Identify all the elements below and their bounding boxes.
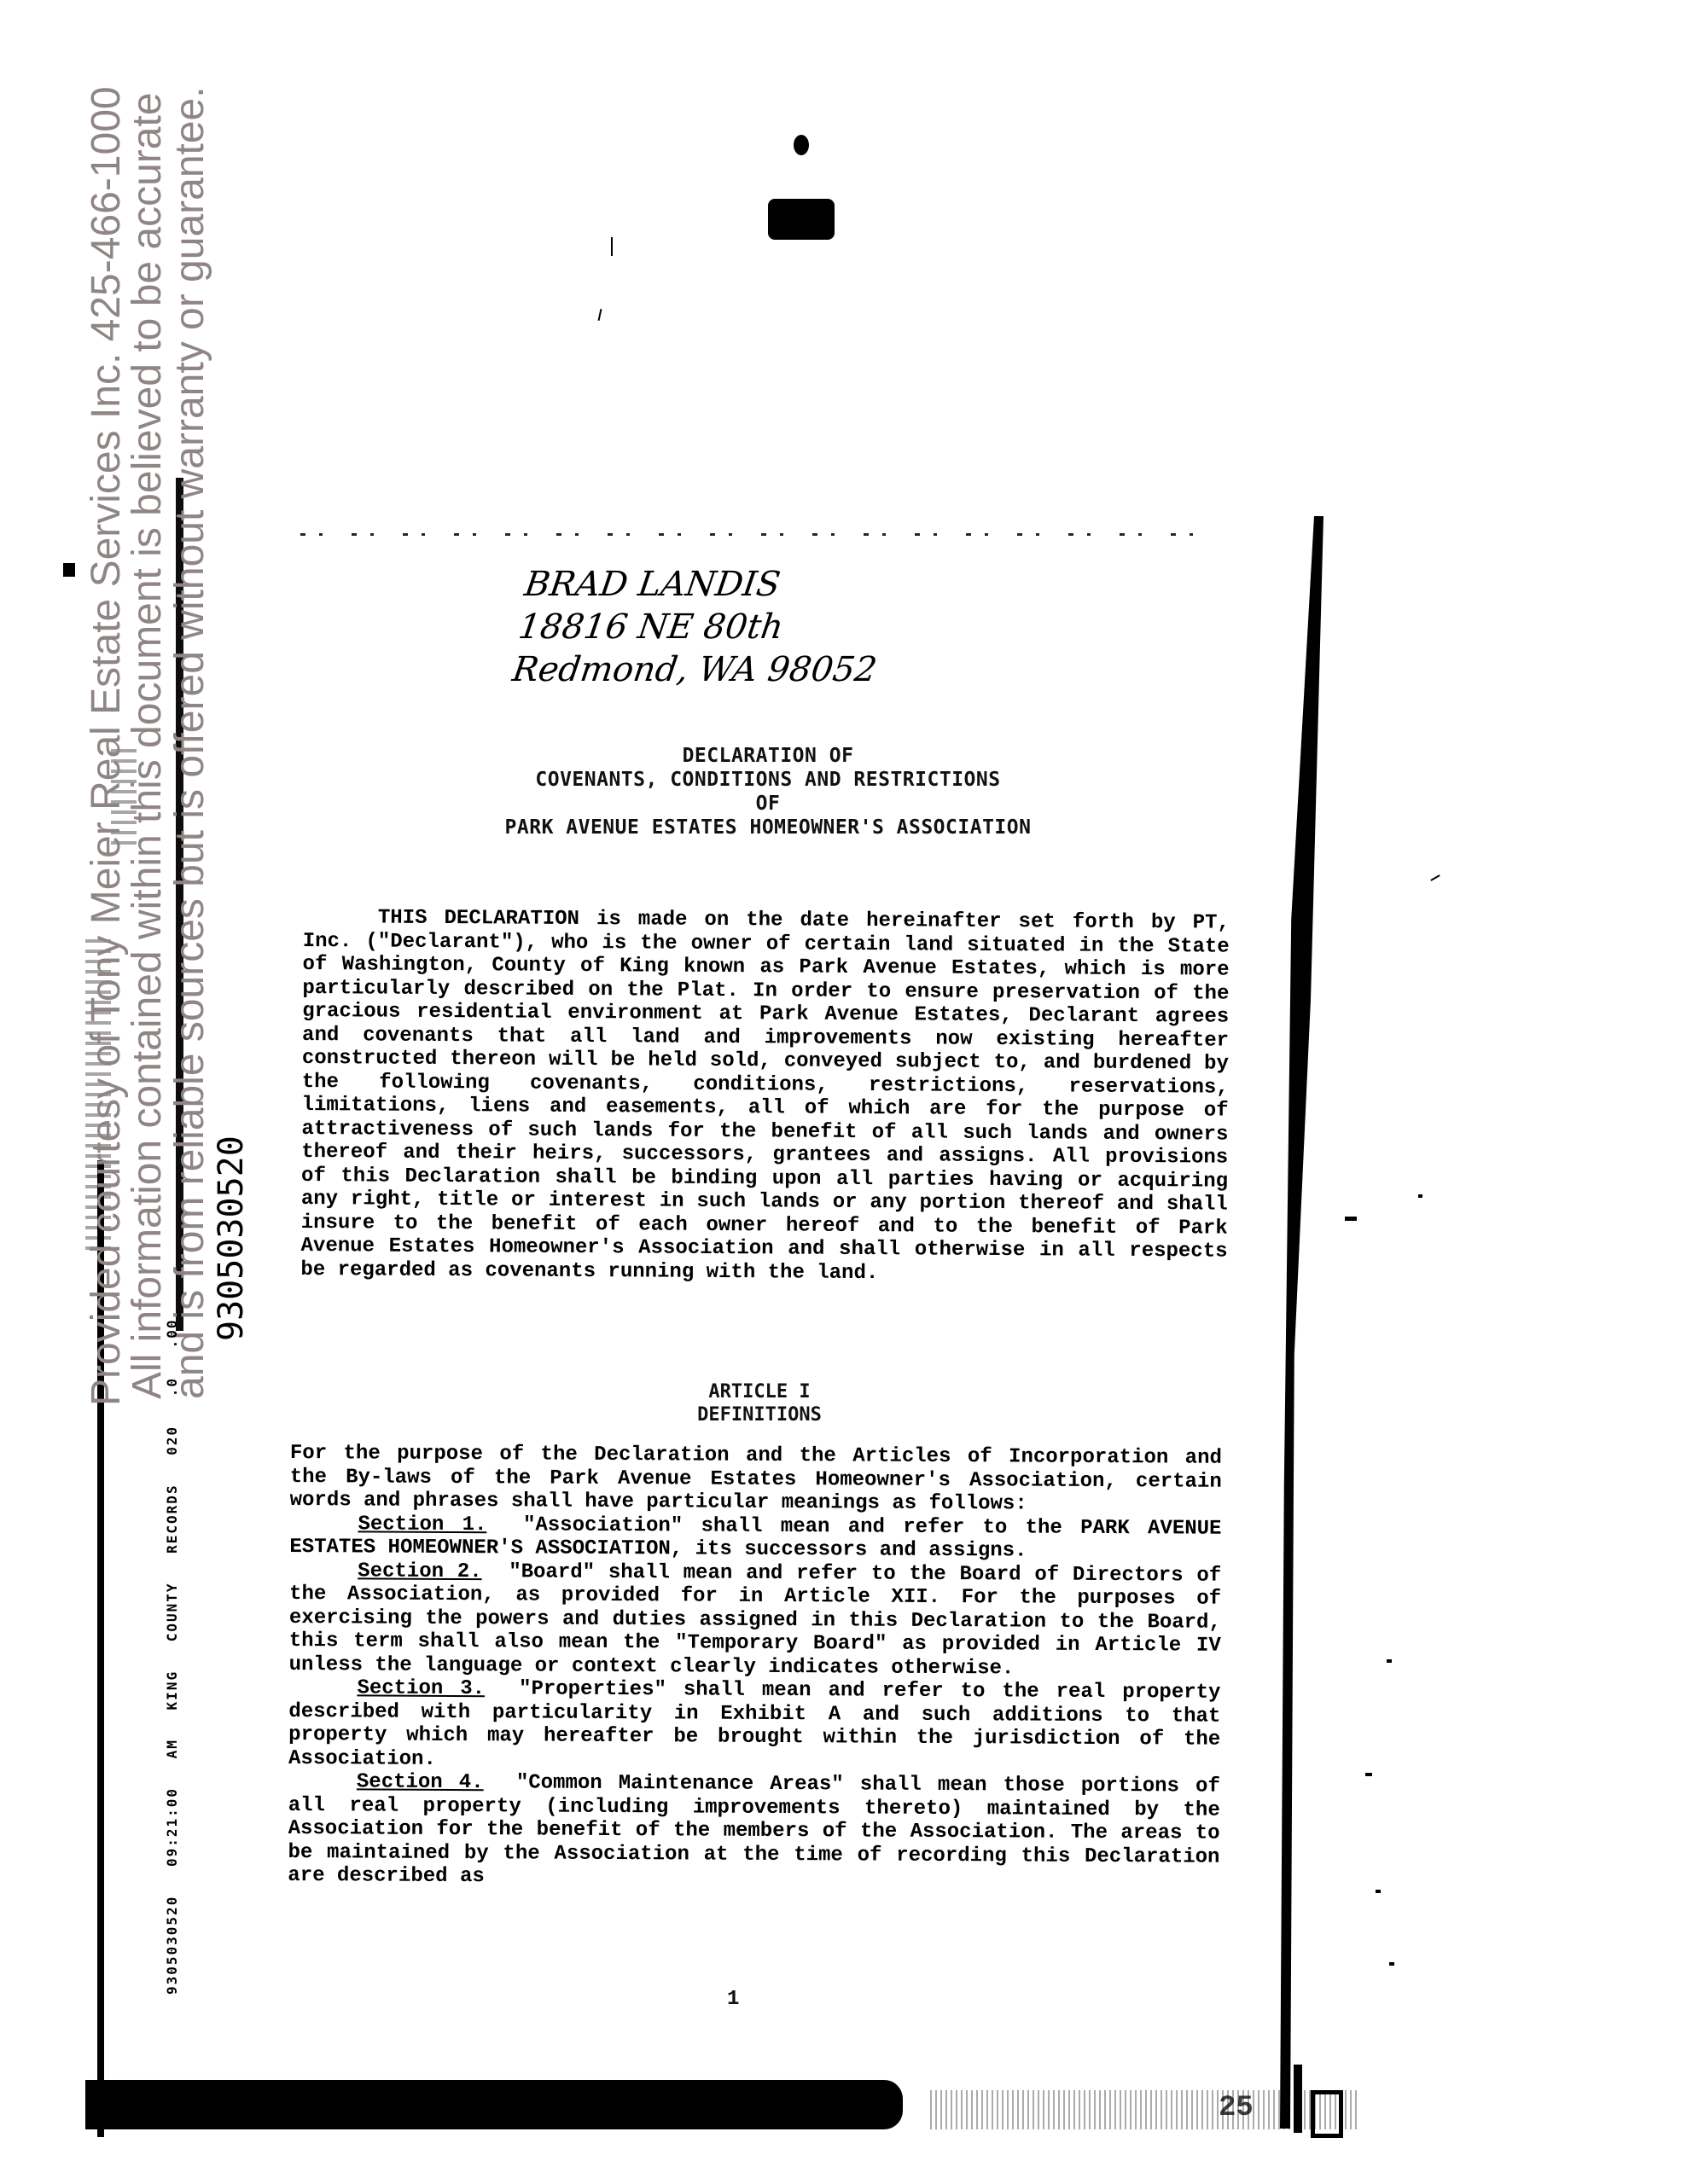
title-line-4: PARK AVENUE ESTATES HOMEOWNER'S ASSOCIAT… — [444, 816, 1092, 839]
section-3: Section 3. "Properties" shall mean and r… — [288, 1676, 1221, 1775]
scan-speck — [598, 309, 602, 321]
handwritten-address: BRAD LANDIS 18816 NE 80th Redmond, WA 98… — [509, 563, 971, 691]
section-2-label: Section 2. — [358, 1560, 482, 1583]
left-margin-tick — [63, 563, 75, 577]
scan-block-mark — [768, 199, 835, 240]
document-title: DECLARATION OF COVENANTS, CONDITIONS AND… — [444, 744, 1092, 839]
section-1-label: Section 1. — [358, 1513, 486, 1536]
intro-paragraph: THIS DECLARATION is made on the date her… — [300, 906, 1230, 1287]
definitions-preamble: For the purpose of the Declaration and t… — [290, 1442, 1222, 1517]
scan-speck — [1430, 874, 1440, 881]
scan-speck — [1389, 1962, 1394, 1966]
watermark-line-2: All information contained within this do… — [125, 92, 171, 1399]
title-line-2: COVENANTS, CONDITIONS AND RESTRICTIONS — [444, 768, 1092, 792]
page-number: 1 — [727, 1988, 739, 2011]
section-2: Section 2. "Board" shall mean and refer … — [289, 1559, 1222, 1681]
scan-bottom-noise — [930, 2090, 1357, 2129]
recording-stamp-line: 9305030520 09:21:00 AM KING COUNTY RECOR… — [164, 1318, 180, 1995]
scan-speck — [1387, 1659, 1392, 1663]
scan-speck — [1418, 1194, 1422, 1198]
section-4-label: Section 4. — [357, 1770, 484, 1794]
scan-speck — [611, 237, 613, 256]
definitions-body: For the purpose of the Declaration and t… — [288, 1442, 1222, 1892]
title-line-3: OF — [444, 792, 1092, 816]
section-3-label: Section 3. — [357, 1676, 485, 1700]
scan-bottom-bar — [85, 2080, 903, 2129]
article-number: ARTICLE I — [597, 1380, 922, 1403]
bottom-box-mark — [1311, 2090, 1343, 2138]
section-4: Section 4. "Common Maintenance Areas" sh… — [288, 1770, 1220, 1892]
scan-spine-shadow — [1280, 516, 1331, 2129]
bottom-right-rule — [1294, 2065, 1302, 2133]
section-1: Section 1. "Association" shall mean and … — [289, 1512, 1221, 1564]
bottom-margin-number: 25 — [1219, 2092, 1254, 2124]
scan-speck — [1345, 1217, 1357, 1221]
recording-document-number: 9305030520 — [212, 1136, 251, 1341]
handwritten-city: Redmond, WA 98052 — [509, 648, 959, 691]
handwritten-name: BRAD LANDIS — [522, 563, 972, 606]
page-top-edge — [300, 533, 1222, 536]
punch-hole-mark — [794, 135, 809, 155]
scan-speck — [1365, 1773, 1372, 1776]
scan-speck — [1376, 1890, 1381, 1893]
article-title: DEFINITIONS — [597, 1403, 922, 1426]
handwritten-street: 18816 NE 80th — [515, 606, 965, 648]
watermark-line-1: Provided courtesy of Tony Meier Real Est… — [84, 86, 130, 1406]
title-line-1: DECLARATION OF — [444, 744, 1092, 768]
watermark-line-3: and is from reliable sources but is offe… — [167, 86, 213, 1399]
article-heading: ARTICLE I DEFINITIONS — [597, 1380, 922, 1426]
